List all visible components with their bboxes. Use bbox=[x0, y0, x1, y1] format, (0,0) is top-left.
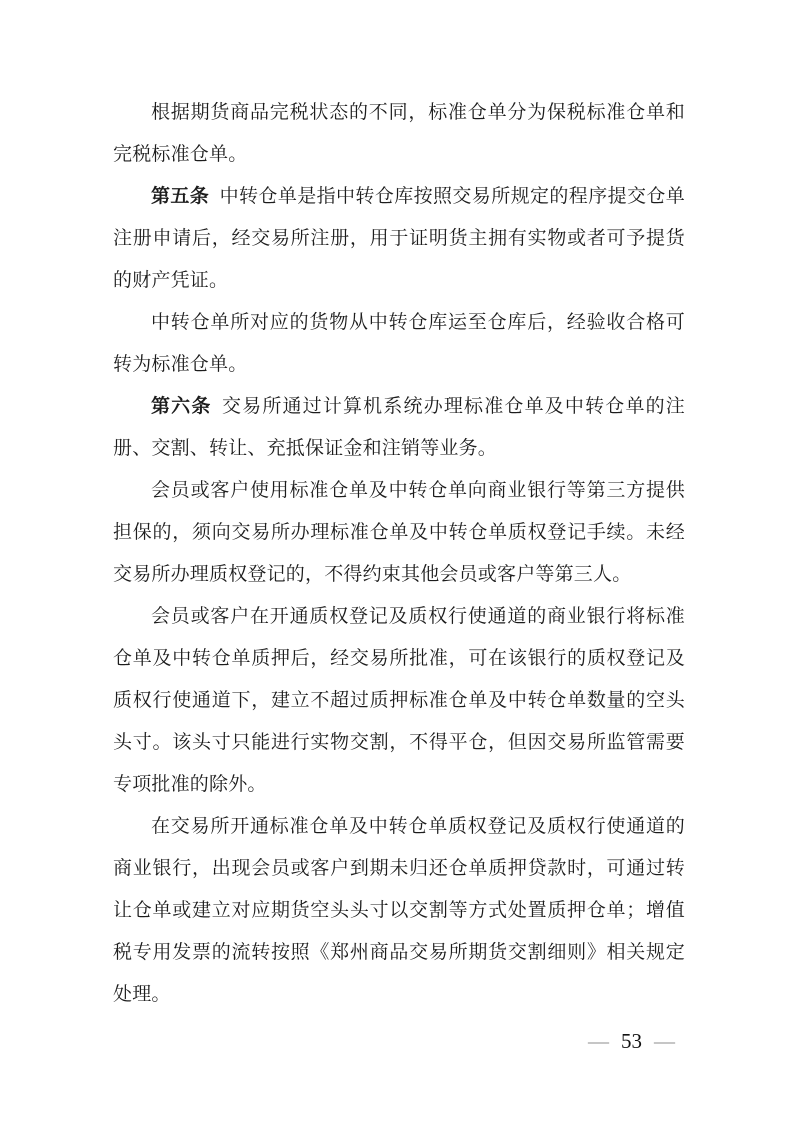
paragraph-text: 会员或客户使用标准仓单及中转仓单向商业银行等第三方提供担保的，须向交易所办理标准… bbox=[113, 480, 685, 585]
page-number: —53— bbox=[588, 1028, 675, 1054]
page-number-dash-left: — bbox=[588, 1029, 609, 1053]
paragraph: 在交易所开通标准仓单及中转仓单质权登记及质权行使通道的商业银行，出现会员或客户到… bbox=[113, 806, 685, 1016]
page-number-dash-right: — bbox=[654, 1029, 675, 1053]
paragraph: 会员或客户使用标准仓单及中转仓单向商业银行等第三方提供担保的，须向交易所办理标准… bbox=[113, 470, 685, 596]
paragraph-text: 会员或客户在开通质权登记及质权行使通道的商业银行将标准仓单及中转仓单质押后，经交… bbox=[113, 606, 685, 795]
paragraph: 根据期货商品完税状态的不同，标准仓单分为保税标准仓单和完税标准仓单。 bbox=[113, 92, 685, 176]
paragraph: 会员或客户在开通质权登记及质权行使通道的商业银行将标准仓单及中转仓单质押后，经交… bbox=[113, 596, 685, 806]
document-body: 根据期货商品完税状态的不同，标准仓单分为保税标准仓单和完税标准仓单。 第五条中转… bbox=[113, 92, 685, 1016]
page-number-value: 53 bbox=[621, 1029, 642, 1053]
paragraph: 第五条中转仓单是指中转仓库按照交易所规定的程序提交仓单注册申请后，经交易所注册，… bbox=[113, 176, 685, 302]
paragraph-text: 中转仓单所对应的货物从中转仓库运至仓库后，经验收合格可转为标准仓单。 bbox=[113, 312, 685, 375]
article-number: 第六条 bbox=[151, 396, 212, 417]
paragraph-text: 在交易所开通标准仓单及中转仓单质权登记及质权行使通道的商业银行，出现会员或客户到… bbox=[113, 816, 685, 1005]
paragraph-text: 根据期货商品完税状态的不同，标准仓单分为保税标准仓单和完税标准仓单。 bbox=[113, 102, 685, 165]
document-page: 根据期货商品完税状态的不同，标准仓单分为保税标准仓单和完税标准仓单。 第五条中转… bbox=[0, 0, 793, 1122]
paragraph: 中转仓单所对应的货物从中转仓库运至仓库后，经验收合格可转为标准仓单。 bbox=[113, 302, 685, 386]
paragraph: 第六条交易所通过计算机系统办理标准仓单及中转仓单的注册、交割、转让、充抵保证金和… bbox=[113, 386, 685, 470]
article-number: 第五条 bbox=[151, 186, 209, 207]
